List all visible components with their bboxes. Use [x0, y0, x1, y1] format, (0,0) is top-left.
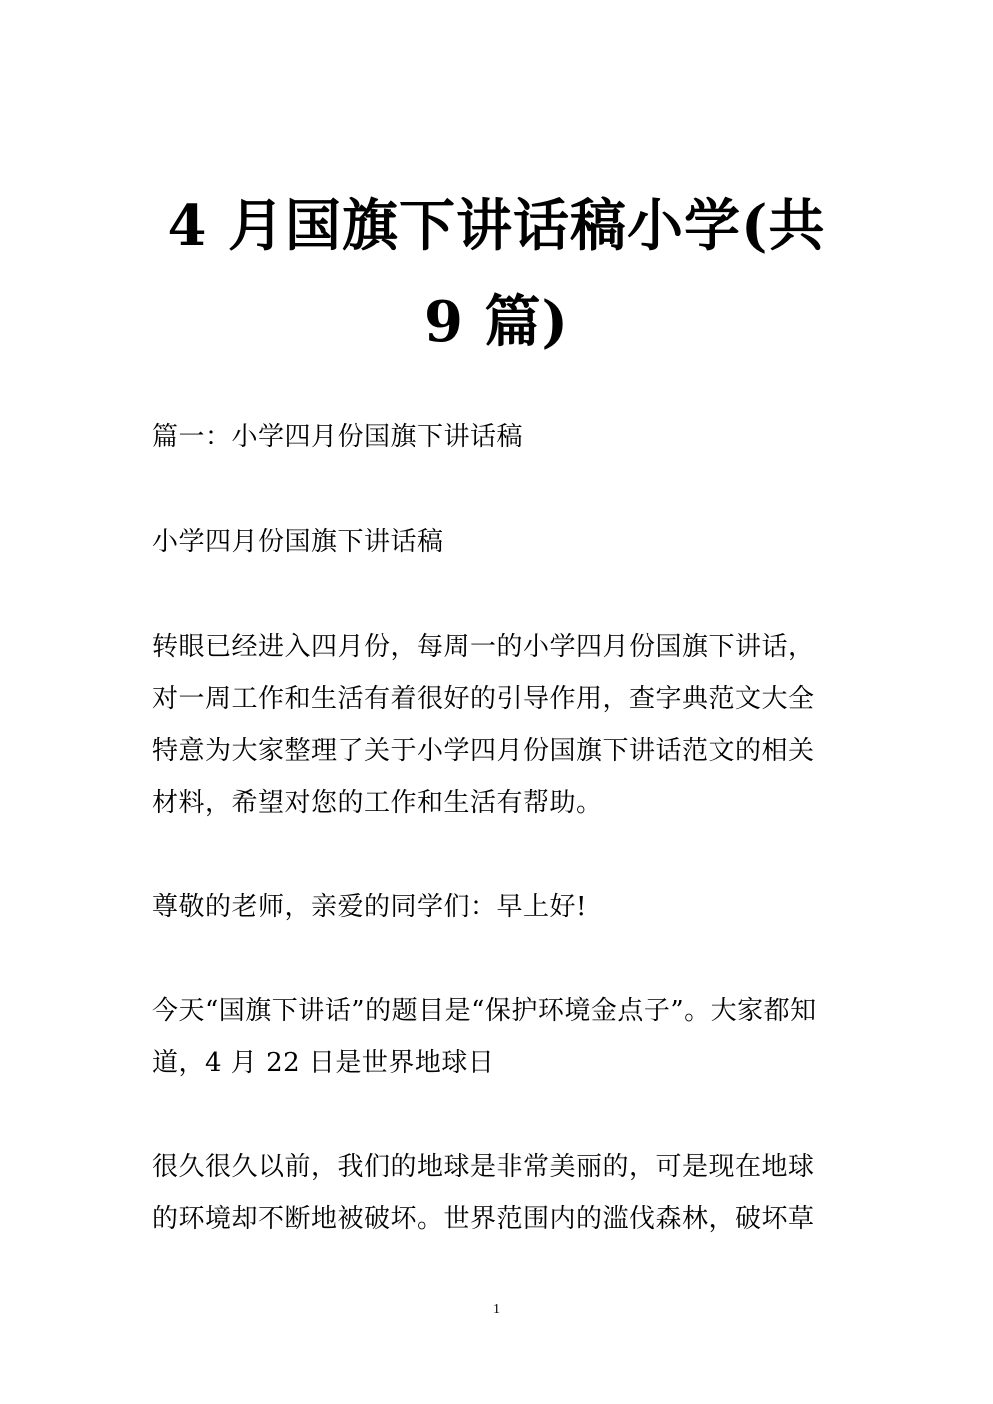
paragraph-1-line-1: 转眼已经进入四月份，每周一的小学四月份国旗下讲话， [152, 630, 832, 664]
title-line-1: 4 月国旗下讲话稿小学(共 [140, 178, 853, 274]
section-heading: 篇一：小学四月份国旗下讲话稿 [152, 420, 832, 454]
title-line-2: 9 篇) [140, 274, 853, 370]
paragraph-1-line-2: 对一周工作和生活有着很好的引导作用，查字典范文大全 [152, 682, 832, 716]
paragraph-1-line-4: 材料，希望对您的工作和生活有帮助。 [152, 786, 832, 820]
greeting-line: 尊敬的老师，亲爱的同学们：早上好! [152, 890, 832, 924]
paragraph-3-line-1: 今天“国旗下讲话”的题目是“保护环境金点子”。大家都知 [152, 994, 832, 1028]
paragraph-3-line-2: 道，4 月 22 日是世界地球日 [152, 1046, 832, 1080]
article-subtitle: 小学四月份国旗下讲话稿 [152, 525, 832, 559]
paragraph-1-line-3: 特意为大家整理了关于小学四月份国旗下讲话范文的相关 [152, 734, 832, 768]
document-title: 4 月国旗下讲话稿小学(共 9 篇) [140, 178, 853, 370]
page-number: 1 [0, 1302, 993, 1318]
paragraph-4-line-2: 的环境却不断地被破坏。世界范围内的滥伐森林，破坏草 [152, 1202, 832, 1236]
paragraph-4-line-1: 很久很久以前，我们的地球是非常美丽的，可是现在地球 [152, 1150, 832, 1184]
document-page: 4 月国旗下讲话稿小学(共 9 篇) 篇一：小学四月份国旗下讲话稿 小学四月份国… [0, 0, 993, 1404]
